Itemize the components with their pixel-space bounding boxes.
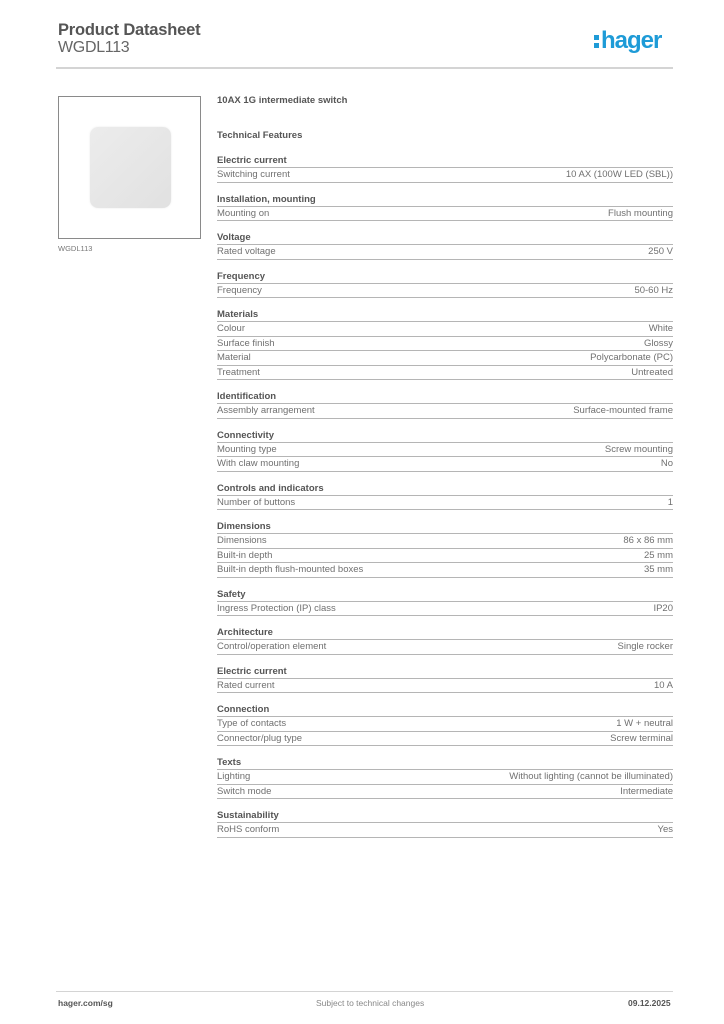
feature-label: Surface finish <box>217 337 275 351</box>
feature-row: Switch modeIntermediate <box>217 785 673 800</box>
feature-row: Control/operation elementSingle rocker <box>217 640 673 655</box>
section-title: Controls and indicators <box>217 482 673 496</box>
feature-value: Surface-mounted frame <box>573 404 673 418</box>
feature-label: With claw mounting <box>217 457 299 471</box>
feature-label: Type of contacts <box>217 717 286 731</box>
technical-content: 10AX 1G intermediate switch Technical Fe… <box>217 94 673 838</box>
feature-value: Polycarbonate (PC) <box>590 351 673 365</box>
document-title: Product Datasheet <box>58 21 200 40</box>
feature-section: ConnectionType of contacts1 W + neutralC… <box>217 703 673 746</box>
feature-value: 250 V <box>648 245 673 259</box>
product-code: WGDL113 <box>58 39 129 57</box>
feature-label: Dimensions <box>217 534 267 548</box>
feature-value: 35 mm <box>644 563 673 577</box>
technical-features-heading: Technical Features <box>217 129 673 143</box>
feature-value: Intermediate <box>620 785 673 799</box>
feature-label: Assembly arrangement <box>217 404 315 418</box>
header-divider <box>56 67 673 69</box>
feature-value: Untreated <box>631 366 673 380</box>
feature-row: Mounting typeScrew mounting <box>217 443 673 458</box>
feature-section: ArchitectureControl/operation elementSin… <box>217 626 673 655</box>
feature-row: With claw mountingNo <box>217 457 673 472</box>
feature-label: Rated voltage <box>217 245 276 259</box>
feature-row: RoHS conformYes <box>217 823 673 838</box>
feature-section: DimensionsDimensions86 x 86 mmBuilt-in d… <box>217 520 673 578</box>
feature-sections: Electric currentSwitching current10 AX (… <box>217 154 673 838</box>
feature-label: Control/operation element <box>217 640 326 654</box>
feature-label: Treatment <box>217 366 260 380</box>
feature-section: FrequencyFrequency50-60 Hz <box>217 270 673 299</box>
feature-row: Frequency50-60 Hz <box>217 284 673 299</box>
feature-value: No <box>661 457 673 471</box>
feature-row: Type of contacts1 W + neutral <box>217 717 673 732</box>
feature-value: White <box>649 322 673 336</box>
feature-section: Installation, mountingMounting onFlush m… <box>217 193 673 222</box>
footer-notice: Subject to technical changes <box>316 998 424 1008</box>
feature-row: Rated voltage250 V <box>217 245 673 260</box>
feature-label: Rated current <box>217 679 275 693</box>
feature-value: 50-60 Hz <box>634 284 673 298</box>
feature-value: 25 mm <box>644 549 673 563</box>
feature-value: Single rocker <box>618 640 673 654</box>
feature-row: Ingress Protection (IP) classIP20 <box>217 602 673 617</box>
feature-label: Ingress Protection (IP) class <box>217 602 336 616</box>
feature-row: Mounting onFlush mounting <box>217 207 673 222</box>
section-title: Electric current <box>217 665 673 679</box>
feature-section: SafetyIngress Protection (IP) classIP20 <box>217 588 673 617</box>
feature-row: Number of buttons1 <box>217 496 673 511</box>
feature-value: Yes <box>658 823 674 837</box>
feature-section: Electric currentSwitching current10 AX (… <box>217 154 673 183</box>
section-title: Voltage <box>217 231 673 245</box>
product-image-frame <box>58 96 201 239</box>
footer-website: hager.com/sg <box>58 998 113 1008</box>
feature-value: 86 x 86 mm <box>623 534 673 548</box>
feature-label: Lighting <box>217 770 250 784</box>
feature-value: Screw mounting <box>605 443 673 457</box>
feature-row: Built-in depth25 mm <box>217 549 673 564</box>
feature-row: LightingWithout lighting (cannot be illu… <box>217 770 673 785</box>
section-title: Sustainability <box>217 809 673 823</box>
feature-section: Electric currentRated current10 A <box>217 665 673 694</box>
feature-label: Frequency <box>217 284 262 298</box>
product-image <box>90 127 171 208</box>
footer-divider <box>56 991 673 992</box>
feature-row: Dimensions86 x 86 mm <box>217 534 673 549</box>
feature-row: ColourWhite <box>217 322 673 337</box>
feature-section: SustainabilityRoHS conformYes <box>217 809 673 838</box>
footer-date: 09.12.2025 <box>628 998 671 1008</box>
section-title: Materials <box>217 308 673 322</box>
feature-label: Built-in depth flush-mounted boxes <box>217 563 363 577</box>
section-title: Dimensions <box>217 520 673 534</box>
feature-section: VoltageRated voltage250 V <box>217 231 673 260</box>
feature-label: Switch mode <box>217 785 271 799</box>
feature-value: 10 A <box>654 679 673 693</box>
section-title: Connection <box>217 703 673 717</box>
feature-row: Rated current10 A <box>217 679 673 694</box>
section-title: Texts <box>217 756 673 770</box>
product-name: 10AX 1G intermediate switch <box>217 94 673 108</box>
feature-value: 10 AX (100W LED (SBL)) <box>566 168 673 182</box>
feature-section: TextsLightingWithout lighting (cannot be… <box>217 756 673 799</box>
section-title: Safety <box>217 588 673 602</box>
feature-label: Switching current <box>217 168 290 182</box>
product-image-caption: WGDL113 <box>58 244 92 253</box>
feature-row: Surface finishGlossy <box>217 337 673 352</box>
feature-label: Material <box>217 351 251 365</box>
feature-row: Assembly arrangementSurface-mounted fram… <box>217 404 673 419</box>
feature-value: Glossy <box>644 337 673 351</box>
feature-label: Colour <box>217 322 245 336</box>
hager-logo: hager <box>594 27 661 55</box>
section-title: Frequency <box>217 270 673 284</box>
feature-row: TreatmentUntreated <box>217 366 673 381</box>
feature-value: 1 W + neutral <box>616 717 673 731</box>
section-title: Identification <box>217 390 673 404</box>
section-title: Electric current <box>217 154 673 168</box>
feature-label: Mounting type <box>217 443 277 457</box>
feature-section: MaterialsColourWhiteSurface finishGlossy… <box>217 308 673 380</box>
feature-row: Connector/plug typeScrew terminal <box>217 732 673 747</box>
feature-label: Number of buttons <box>217 496 295 510</box>
feature-section: Controls and indicatorsNumber of buttons… <box>217 482 673 511</box>
feature-row: Built-in depth flush-mounted boxes35 mm <box>217 563 673 578</box>
feature-value: 1 <box>668 496 673 510</box>
feature-label: RoHS conform <box>217 823 279 837</box>
feature-section: ConnectivityMounting typeScrew mountingW… <box>217 429 673 472</box>
feature-row: MaterialPolycarbonate (PC) <box>217 351 673 366</box>
feature-label: Built-in depth <box>217 549 272 563</box>
feature-label: Connector/plug type <box>217 732 302 746</box>
section-title: Connectivity <box>217 429 673 443</box>
feature-value: Without lighting (cannot be illuminated) <box>509 770 673 784</box>
feature-value: Flush mounting <box>608 207 673 221</box>
feature-label: Mounting on <box>217 207 269 221</box>
feature-section: IdentificationAssembly arrangementSurfac… <box>217 390 673 419</box>
feature-row: Switching current10 AX (100W LED (SBL)) <box>217 168 673 183</box>
section-title: Installation, mounting <box>217 193 673 207</box>
feature-value: IP20 <box>653 602 673 616</box>
section-title: Architecture <box>217 626 673 640</box>
feature-value: Screw terminal <box>610 732 673 746</box>
